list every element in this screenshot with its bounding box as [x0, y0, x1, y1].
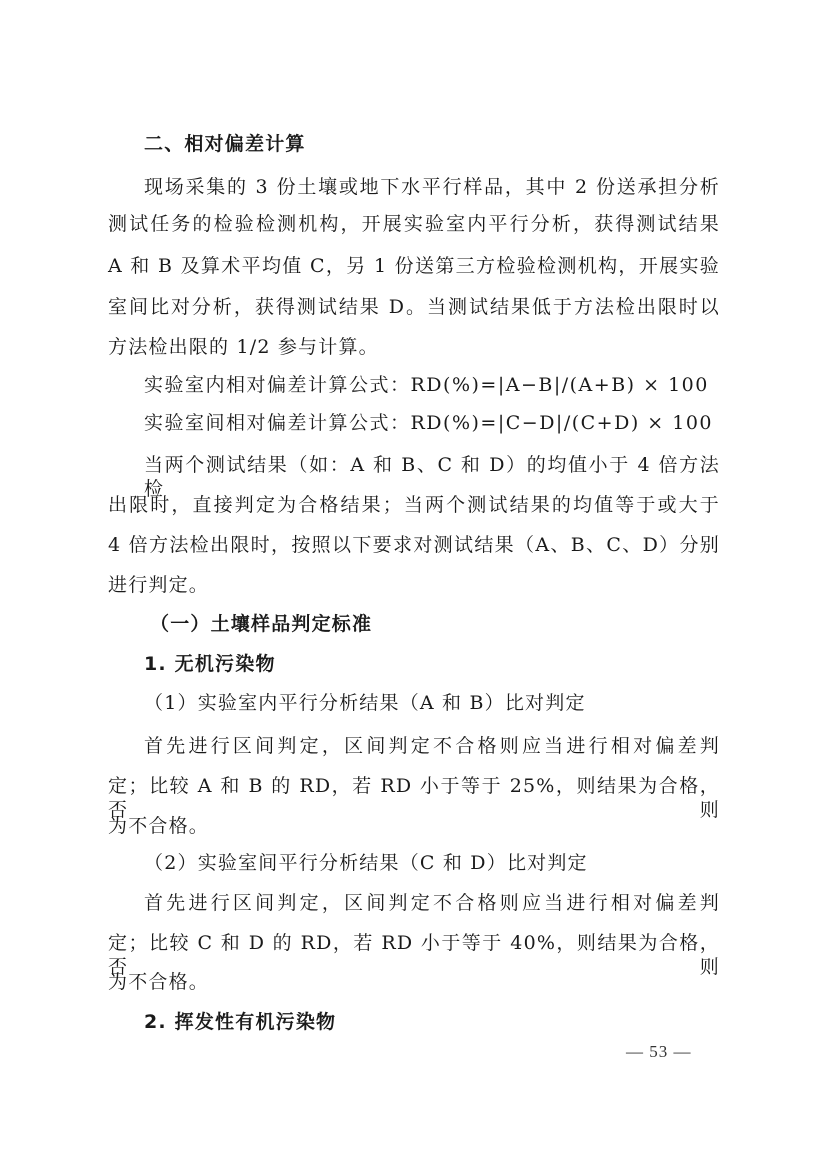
paragraph-line: 为不合格。 — [108, 970, 720, 994]
subsection-title: （一）土壤样品判定标准 — [150, 612, 762, 636]
section-title: 二、相对偏差计算 — [144, 132, 720, 156]
paragraph-line: 室间比对分析，获得测试结果 D。当测试结果低于方法检出限时以 — [108, 295, 720, 319]
paragraph-line: 出限时，直接判定为合格结果；当两个测试结果的均值等于或大于 — [108, 493, 720, 517]
sub-item-title: （2）实验室间平行分析结果（C 和 D）比对判定 — [144, 851, 720, 875]
formula-intra-lab: 实验室内相对偏差计算公式：RD(%)=|A−B|/(A+B) × 100 — [144, 373, 720, 397]
paragraph-line: 方法检出限的 1/2 参与计算。 — [108, 335, 720, 359]
sub-item-title: （1）实验室内平行分析结果（A 和 B）比对判定 — [144, 691, 720, 715]
item-title-inorganic: 1. 无机污染物 — [144, 652, 720, 676]
paragraph-line: 进行判定。 — [108, 573, 720, 597]
item-title-volatile-organic: 2. 挥发性有机污染物 — [144, 1010, 720, 1034]
paragraph-line: A 和 B 及算术平均值 C，另 1 份送第三方检验检测机构，开展实验 — [108, 254, 720, 278]
page-number: — 53 — — [626, 1042, 692, 1062]
paragraph-line: 为不合格。 — [108, 814, 720, 838]
paragraph-line: 首先进行区间判定，区间判定不合格则应当进行相对偏差判 — [144, 891, 720, 915]
paragraph-line: 测试任务的检验检测机构，开展实验室内平行分析，获得测试结果 — [108, 212, 720, 236]
formula-inter-lab: 实验室间相对偏差计算公式：RD(%)=|C−D|/(C+D) × 100 — [144, 411, 720, 435]
paragraph-line: 4 倍方法检出限时，按照以下要求对测试结果（A、B、C、D）分别 — [108, 533, 720, 557]
paragraph-line: 首先进行区间判定，区间判定不合格则应当进行相对偏差判 — [144, 734, 720, 758]
paragraph-line: 现场采集的 3 份土壤或地下水平行样品，其中 2 份送承担分析 — [144, 175, 720, 199]
